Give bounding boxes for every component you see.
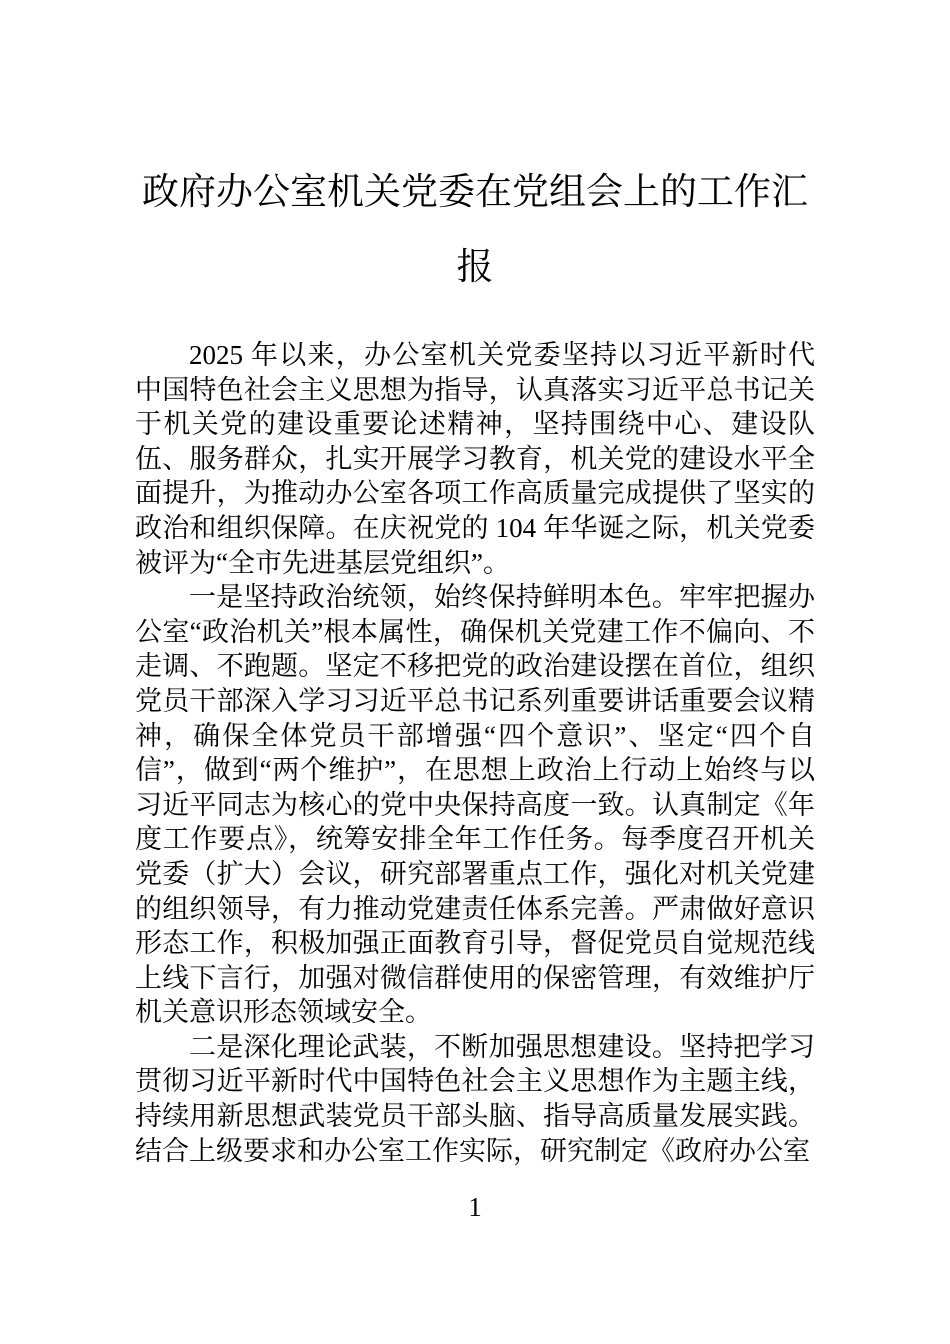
document-body: 2025 年以来，办公室机关党委坚持以习近平新时代中国特色社会主义思想为指导，认… [135, 338, 815, 1168]
page-number: 1 [0, 1190, 950, 1224]
paragraph-point-two: 二是深化理论武装，不断加强思想建设。坚持把学习贯彻习近平新时代中国特色社会主义思… [135, 1030, 815, 1168]
document-page: 政府办公室机关党委在党组会上的工作汇报 2025 年以来，办公室机关党委坚持以习… [0, 0, 950, 1344]
paragraph-intro: 2025 年以来，办公室机关党委坚持以习近平新时代中国特色社会主义思想为指导，认… [135, 338, 815, 580]
paragraph-point-one: 一是坚持政治统领，始终保持鲜明本色。牢牢把握办公室“政治机关”根本属性，确保机关… [135, 580, 815, 1030]
document-title: 政府办公室机关党委在党组会上的工作汇报 [135, 155, 815, 305]
